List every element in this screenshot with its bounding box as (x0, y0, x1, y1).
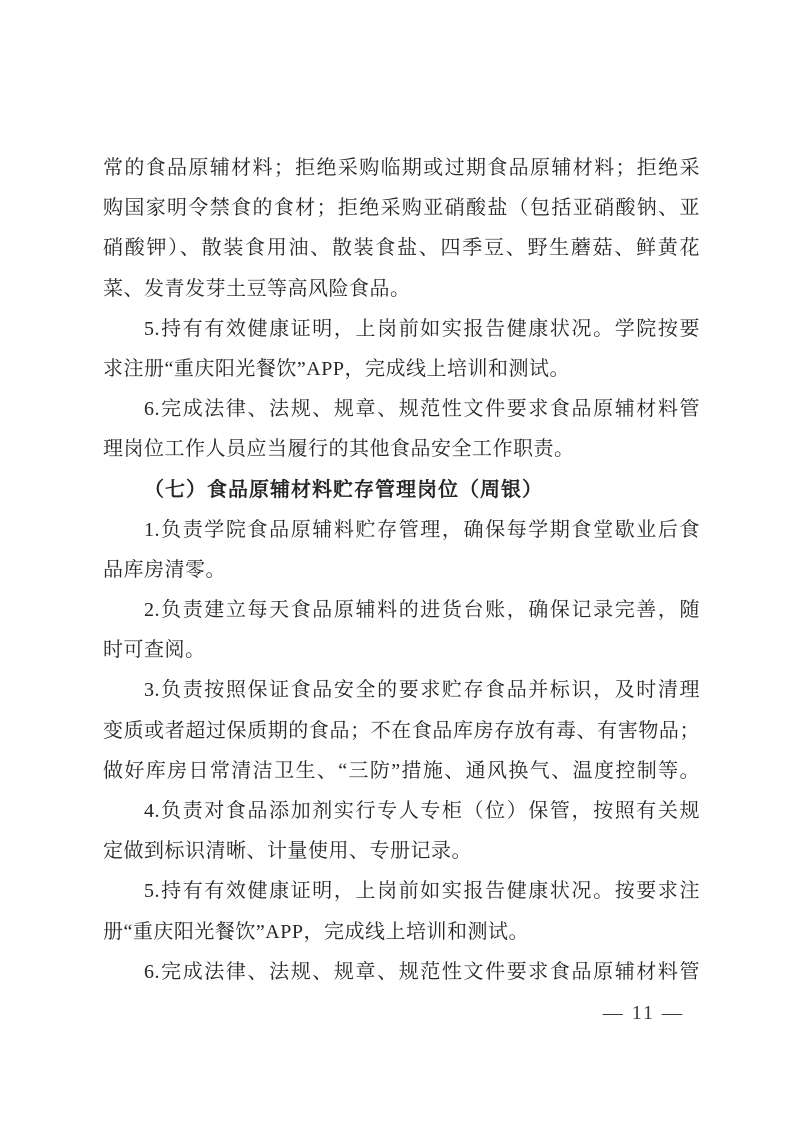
section-heading: （七）食品原辅材料贮存管理岗位（周银） (103, 470, 700, 510)
text-line: 求注册“重庆阳光餐饮”APP，完成线上培训和测试。 (103, 349, 700, 389)
text-line: 3.负责按照保证食品安全的要求贮存食品并标识，及时清理 (103, 670, 700, 710)
document-body: 常的食品原辅材料；拒绝采购临期或过期食品原辅材料；拒绝采 购国家明令禁食的食材；… (103, 148, 700, 992)
text-line: 购国家明令禁食的食材；拒绝采购亚硝酸盐（包括亚硝酸钠、亚 (103, 188, 700, 228)
text-line: 5.持有有效健康证明，上岗前如实报告健康状况。学院按要 (103, 309, 700, 349)
text-line: 5.持有有效健康证明，上岗前如实报告健康状况。按要求注 (103, 871, 700, 911)
text-line: 6.完成法律、法规、规章、规范性文件要求食品原辅材料管 (103, 389, 700, 429)
page-number: — 11 — (603, 1002, 684, 1025)
text-line: 品库房清零。 (103, 550, 700, 590)
text-line: 理岗位工作人员应当履行的其他食品安全工作职责。 (103, 429, 700, 469)
text-line: 时可查阅。 (103, 630, 700, 670)
text-line: 2.负责建立每天食品原辅料的进货台账，确保记录完善，随 (103, 590, 700, 630)
document-page: 常的食品原辅材料；拒绝采购临期或过期食品原辅材料；拒绝采 购国家明令禁食的食材；… (0, 0, 800, 1131)
text-line: 变质或者超过保质期的食品；不在食品库房存放有毒、有害物品； (103, 711, 700, 751)
text-line: 常的食品原辅材料；拒绝采购临期或过期食品原辅材料；拒绝采 (103, 148, 700, 188)
text-line: 册“重庆阳光餐饮”APP，完成线上培训和测试。 (103, 912, 700, 952)
text-line: 定做到标识清晰、计量使用、专册记录。 (103, 831, 700, 871)
text-line: 6.完成法律、法规、规章、规范性文件要求食品原辅材料管 (103, 952, 700, 992)
text-line: 硝酸钾）、散装食用油、散装食盐、四季豆、野生蘑菇、鲜黄花 (103, 228, 700, 268)
text-line: 1.负责学院食品原辅料贮存管理，确保每学期食堂歇业后食 (103, 510, 700, 550)
text-line: 菜、发青发芽土豆等高风险食品。 (103, 269, 700, 309)
text-line: 做好库房日常清洁卫生、“三防”措施、通风换气、温度控制等。 (103, 751, 700, 791)
text-line: 4.负责对食品添加剂实行专人专柜（位）保管，按照有关规 (103, 791, 700, 831)
